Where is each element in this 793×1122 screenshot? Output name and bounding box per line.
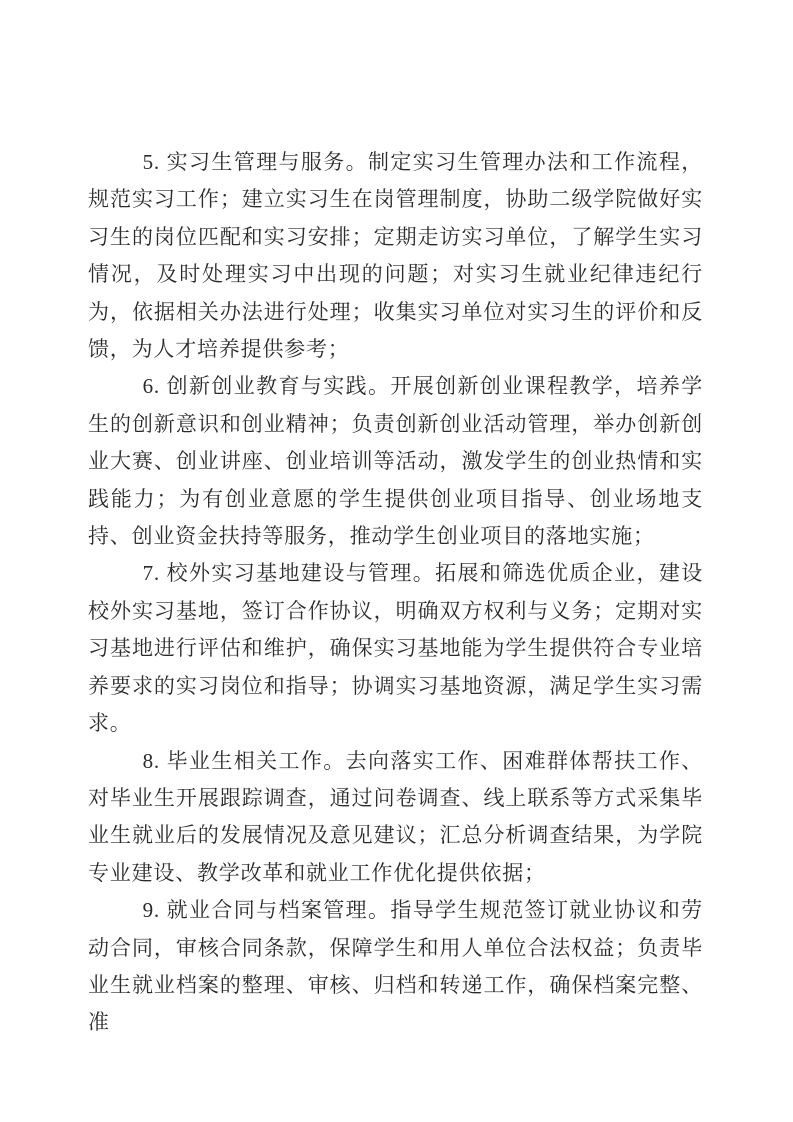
paragraph-item-8: 8. 毕业生相关工作。去向落实工作、困难群体帮扶工作、对毕业生开展跟踪调查，通过… [88,743,703,893]
document-page: 5. 实习生管理与服务。制定实习生管理办法和工作流程，规范实习工作；建立实习生在… [0,0,793,1122]
document-body: 5. 实习生管理与服务。制定实习生管理办法和工作流程，规范实习工作；建立实习生在… [88,144,703,1042]
paragraph-item-6: 6. 创新创业教育与实践。开展创新创业课程教学，培养学生的创新意识和创业精神；负… [88,368,703,555]
paragraph-item-5: 5. 实习生管理与服务。制定实习生管理办法和工作流程，规范实习工作；建立实习生在… [88,144,703,368]
paragraph-item-7: 7. 校外实习基地建设与管理。拓展和筛选优质企业，建设校外实习基地，签订合作协议… [88,555,703,742]
paragraph-item-9: 9. 就业合同与档案管理。指导学生规范签订就业协议和劳动合同，审核合同条款，保障… [88,892,703,1042]
